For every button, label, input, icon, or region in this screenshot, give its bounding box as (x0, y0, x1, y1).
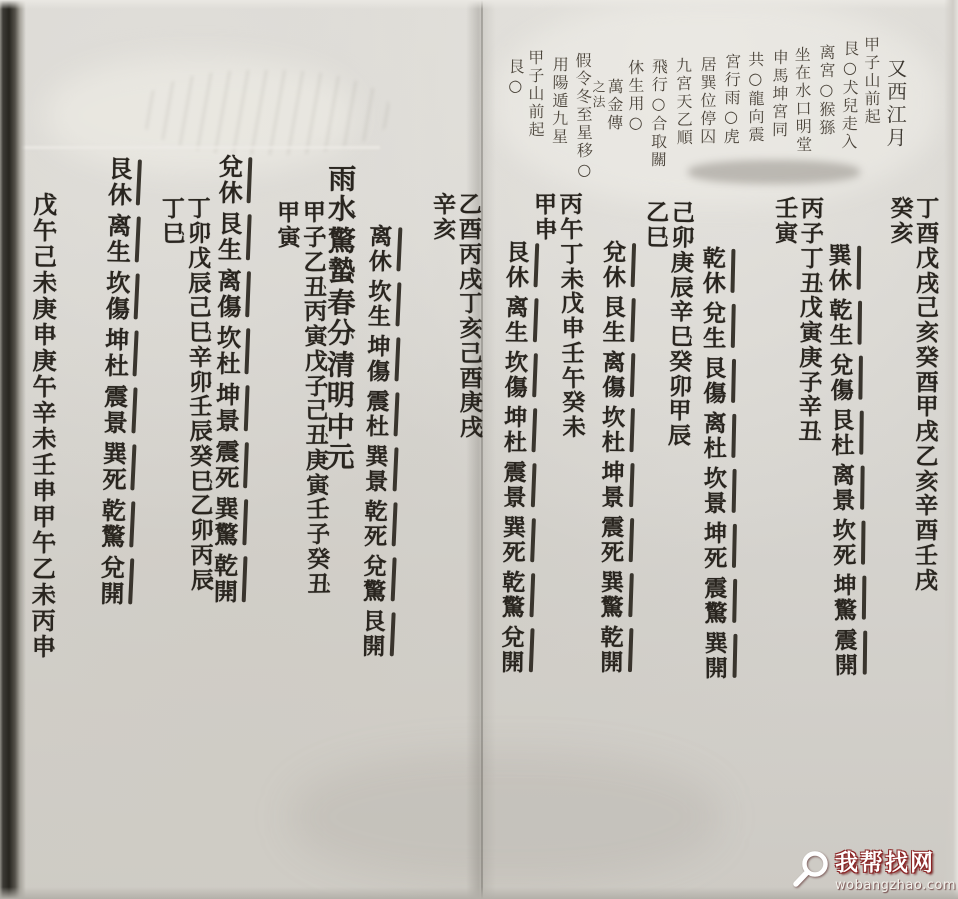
gate-pair: 乾驚 (498, 570, 524, 620)
page-right-edge (944, 0, 958, 899)
gates-column: 离休坎生坤傷震杜巽景乾死兌驚艮開 (358, 224, 391, 664)
gate-pair: 坎杜 (212, 325, 240, 377)
verse-column: 申馬坤宮同 (770, 49, 789, 139)
dates-column: 甲子、乙丑、丙寅、戊子、己丑、庚寅、壬子、癸丑、甲寅、 (273, 200, 330, 646)
verse-column: 飛行○合取關 (648, 58, 667, 169)
pause-mark: 、 (47, 384, 51, 395)
dates-column: 丙午、丁未、戊申、壬午、癸未、甲申、 (530, 192, 585, 490)
pause-mark: 、 (47, 488, 51, 499)
pause-mark: 、 (789, 230, 793, 241)
pause-mark: 、 (47, 540, 51, 551)
pause-mark: 、 (474, 424, 477, 435)
gates-column: 艮休离生坎傷坤杜震景巽死乾驚兌開 (96, 156, 132, 612)
pause-mark: 、 (930, 329, 934, 340)
pause-mark: 、 (574, 226, 577, 237)
pause-mark: 、 (48, 228, 52, 239)
dates-column: 丁酉、戊戌、己亥、癸酉、甲戌、乙亥、辛酉、壬戌、癸亥、 (885, 196, 938, 642)
pause-mark: 、 (930, 280, 934, 291)
gate-pair: 离杜 (700, 411, 726, 461)
gate-pair: 震驚 (701, 576, 727, 626)
verse-column: 居巽位停囚 (698, 56, 717, 146)
gates-column: 艮休离生坎傷坤杜震景巽死乾驚兌開 (497, 240, 528, 680)
pause-mark: 、 (929, 527, 933, 538)
pause-mark: 、 (930, 230, 934, 241)
gate-pair: 坎傷 (101, 270, 129, 323)
gate-pair: 乾死 (360, 499, 387, 549)
pause-mark: 、 (344, 394, 348, 407)
pause-mark: 、 (320, 432, 323, 443)
gate-pair: 坎景 (700, 466, 726, 516)
pause-mark: 、 (930, 379, 934, 390)
pause-mark: 、 (205, 527, 208, 538)
gate-pair: 坤杜 (500, 405, 526, 455)
pause-mark: 、 (930, 428, 934, 439)
book-spine-shadow (0, 0, 26, 899)
pause-mark: 、 (577, 424, 580, 435)
gate-pair: 兌開 (96, 555, 124, 608)
verse-title: 又西江月 (883, 58, 907, 150)
ink-smear (688, 160, 860, 184)
watermark-site-url: wobangzhao.com (835, 878, 956, 893)
gate-pair: 坎生 (364, 279, 391, 329)
pause-mark: 、 (204, 478, 207, 489)
pause-mark: 、 (176, 230, 179, 241)
gate-pair: 坎死 (829, 518, 856, 568)
pause-mark: 、 (47, 436, 51, 447)
pause-mark: 、 (685, 284, 689, 295)
pause-mark: 、 (318, 284, 321, 295)
pause-mark: 、 (321, 531, 324, 542)
gate-pair: 艮杜 (827, 408, 854, 458)
verse-column: 离宮○猴猻 (817, 44, 835, 137)
pause-mark: 、 (814, 280, 818, 291)
gate-pair: 震景 (99, 384, 127, 437)
dates-column: 己卯、庚辰、辛巳、癸卯、甲辰、乙巳、 (637, 200, 694, 498)
dates-column: 戊午、己未、庚申、庚午、辛未、壬申、甲午、乙未、丙申、 (27, 192, 56, 660)
gate-pair: 乾生 (825, 298, 852, 348)
verse-column: 宮行雨○虎 (721, 53, 741, 146)
gates-column: 巽休乾生兌傷艮杜离景坎死坤驚震開 (825, 243, 858, 683)
pause-mark: 、 (474, 375, 477, 386)
pause-mark: 、 (473, 226, 476, 237)
dates-column: 乙酉、丙戌、丁亥、己酉、庚戌、辛亥、 (429, 192, 482, 489)
pause-mark: 、 (292, 234, 295, 245)
pause-mark: 、 (929, 478, 933, 489)
pause-mark: 、 (203, 280, 206, 291)
gate-pair: 巽休 (825, 243, 852, 293)
verse-column: 坐在水口明堂 (792, 46, 812, 154)
gate-pair: 震杜 (362, 389, 389, 439)
gate-pair: 巽驚 (597, 570, 623, 620)
gate-pair: 艮傷 (699, 356, 725, 406)
pause-mark: 、 (682, 433, 686, 444)
pause-mark: 、 (344, 270, 348, 283)
gate-pair: 震景 (499, 460, 525, 510)
verse-column: 甲子山前起 (526, 49, 544, 139)
gate-pair: 震死 (597, 515, 623, 565)
pause-mark: 、 (686, 235, 690, 246)
pause-mark: 、 (203, 329, 206, 340)
verse-column: 休生用○ (626, 59, 645, 134)
verse-column: 假令冬至星移○ (573, 52, 593, 181)
gate-pair: 震死 (211, 439, 239, 491)
paper-crease (20, 146, 380, 149)
gate-pair: 坤死 (700, 521, 726, 571)
pause-mark: 、 (319, 333, 322, 344)
pause-mark: 、 (343, 456, 347, 469)
pause-mark: 、 (322, 581, 325, 592)
gate-pair: 离生 (501, 295, 527, 345)
pause-mark: 、 (683, 383, 687, 394)
gate-pair: 巽開 (701, 631, 727, 681)
gate-pair: 乾驚 (97, 498, 125, 551)
pause-mark: 、 (204, 428, 207, 439)
pause-mark: 、 (814, 330, 818, 341)
gate-pair: 兌開 (497, 625, 523, 675)
pause-mark: 、 (576, 375, 579, 386)
magnifier-icon (792, 849, 832, 889)
watermark-text: 我帮找网 wobangzhao.com (835, 844, 956, 893)
gate-pair: 离休 (365, 224, 392, 274)
pause-mark: 、 (318, 234, 321, 245)
gate-pair: 坤杜 (100, 327, 128, 380)
pause-mark: 、 (205, 577, 208, 588)
gate-pair: 坤傷 (363, 334, 390, 384)
gate-pair: 离傷 (213, 268, 241, 320)
pause-mark: 、 (344, 332, 348, 345)
pause-mark: 、 (203, 379, 206, 390)
verse-column: 九宮天乙順 (673, 57, 692, 147)
gate-pair: 离傷 (598, 350, 624, 400)
dates-column: 丁卯、戊辰、己巳、辛卯、壬辰、癸巳、乙卯、丙辰、丁巳、 (158, 196, 213, 642)
gate-pair: 坎傷 (501, 350, 527, 400)
pause-mark: 、 (345, 208, 349, 221)
gate-pair: 艮休 (103, 156, 131, 209)
watermark-site-name: 我帮找网 (835, 844, 935, 877)
pause-mark: 、 (684, 334, 688, 345)
page-top-edge (0, 0, 958, 9)
paper-shading (290, 752, 720, 882)
pause-mark: 、 (575, 276, 578, 287)
watermark: 我帮找网 wobangzhao.com (792, 844, 956, 893)
gate-pair: 艮生 (599, 295, 625, 345)
gate-pair: 乾休 (699, 246, 725, 296)
pause-mark: 、 (46, 644, 50, 655)
pause-mark: 、 (576, 325, 579, 336)
ink-bleedthrough (140, 70, 390, 155)
verse-column: 艮○ (506, 58, 525, 97)
gates-column: 乾休兌生艮傷离杜坎景坤死震驚巽開 (699, 246, 727, 686)
manuscript-scan: 我帮找网 wobangzhao.com 又西江月甲子山前起艮○犬兒走入离宮○猴猻… (0, 0, 958, 899)
dates-column: 丙子、丁丑、戊寅、庚子、辛丑、壬寅、 (768, 196, 823, 494)
gate-pair: 艮休 (502, 240, 528, 290)
gate-pair: 巽驚 (210, 496, 238, 548)
pause-mark: 、 (815, 231, 819, 242)
pause-mark: 、 (660, 234, 664, 245)
gate-pair: 兌傷 (826, 353, 853, 403)
gate-pair: 离景 (828, 463, 855, 513)
pause-mark: 、 (47, 332, 51, 343)
pause-mark: 、 (47, 280, 51, 291)
gate-pair: 巽死 (98, 441, 126, 494)
gate-pair: 兌休 (214, 154, 242, 206)
gate-pair: 坤景 (211, 382, 239, 434)
gate-pair: 巽景 (361, 444, 388, 494)
pause-mark: 、 (46, 592, 50, 603)
gate-pair: 坤驚 (830, 573, 857, 623)
gate-pair: 巽死 (499, 515, 525, 565)
gate-pair: 兌休 (599, 240, 625, 290)
verse-column: 萬金傳 (604, 78, 623, 132)
pause-mark: 、 (905, 230, 909, 241)
pause-mark: 、 (549, 226, 552, 237)
pause-mark: 、 (319, 383, 322, 394)
gate-pair: 离生 (102, 213, 130, 266)
pause-mark: 、 (447, 226, 450, 237)
pause-mark: 、 (473, 276, 476, 287)
verse-column: 共○龍向震 (746, 51, 764, 144)
pause-mark: 、 (813, 429, 817, 440)
gate-pair: 艮生 (213, 211, 241, 263)
verse-column: 艮○犬兒走入 (839, 40, 859, 151)
pause-mark: 、 (929, 577, 933, 588)
gate-pair: 坎杜 (598, 405, 624, 455)
gate-pair: 坤景 (598, 460, 624, 510)
gates-column: 兌休艮生离傷坎杜坤景震死巽驚乾開 (209, 154, 241, 610)
gate-pair: 震開 (831, 628, 858, 678)
gate-pair: 乾開 (596, 625, 622, 675)
pause-mark: 、 (321, 482, 324, 493)
verse-column: 用陽遁九星 (550, 56, 569, 146)
pause-mark: 、 (202, 230, 205, 241)
gate-pair: 兌生 (699, 301, 725, 351)
pause-mark: 、 (813, 379, 817, 390)
pause-mark: 、 (474, 325, 477, 336)
gates-column: 兌休艮生离傷坎杜坤景震死巽驚乾開 (596, 240, 625, 680)
verse-column: 甲子山前起 (862, 36, 881, 126)
paper-light-patch (45, 58, 355, 173)
gate-pair: 兌驚 (359, 554, 386, 604)
gate-pair: 艮開 (358, 609, 385, 659)
